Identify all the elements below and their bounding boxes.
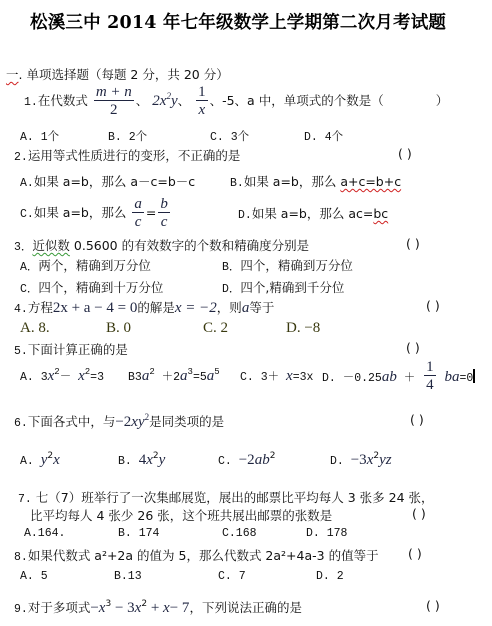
q6-option-c[interactable]: C. −2ab2 <box>218 452 275 469</box>
q4-option-c[interactable]: C. 2 <box>203 320 228 337</box>
q1-stem-tail: 、-5、a 中，单项式的个数是（ <box>210 93 384 108</box>
question-8: 8.如果代数式 a²+2a 的值为 5，那么代数式 2a²+4a-3 的值等于 <box>14 546 379 564</box>
q8-option-a[interactable]: A. 5 <box>20 570 48 583</box>
q7-option-c[interactable]: C.168 <box>222 527 257 540</box>
q2-option-b[interactable]: B.如果 a=b，那么 a+c=b+c <box>230 172 401 190</box>
q6-option-a[interactable]: A. y2x <box>20 452 60 469</box>
q3-option-d[interactable]: D．四个,精确到千分位 <box>222 278 344 296</box>
question-9: 9.对于多项式−x3 − 3x2 + x− 7，下列说法正确的是 <box>14 598 302 617</box>
q8-option-d[interactable]: D. 2 <box>316 570 344 583</box>
q6-option-b[interactable]: B. 4x2y <box>118 452 165 469</box>
q1-option-a[interactable]: A. 1个 <box>20 128 59 144</box>
text-cursor <box>473 369 475 383</box>
question-7-line1: 7. 七（7）班举行了一次集邮展览，展出的邮票比平均每人 3 张多 24 张， <box>18 488 434 506</box>
question-4: 4.方程2x + a − 4 = 0的解是x = −2，则a等于 <box>14 298 274 317</box>
q7-option-a[interactable]: A.164. <box>24 527 65 540</box>
q7-option-b[interactable]: B. 174 <box>118 527 159 540</box>
q7-option-d[interactable]: D. 178 <box>306 527 347 540</box>
q5-option-c[interactable]: C. 3＋ x=3x <box>240 368 313 385</box>
q5-option-b[interactable]: B3a2 ＋2a3=5a5 <box>128 368 220 385</box>
q9-answer-paren[interactable]: ( ) <box>426 598 440 613</box>
q6-option-d[interactable]: D. −3x2yz <box>330 452 392 469</box>
q3-option-b[interactable]: B．四个，精确到万分位 <box>222 256 353 274</box>
q1-option-d[interactable]: D. 4个 <box>304 128 343 144</box>
q5-option-d[interactable]: D. －0.25ab ＋ 14 ba=0 <box>322 360 475 393</box>
question-3: 3．近似数 0.5600 的有效数字的个数和精确度分别是 <box>14 236 309 254</box>
q1-expr-2x2y: 2x2y <box>152 93 177 109</box>
question-2: 2.运用等式性质进行的变形，不正确的是 <box>14 146 240 164</box>
q1-option-c[interactable]: C. 3个 <box>210 128 249 144</box>
section-heading: 一. 单项选择题（每题 2 分，共 20 分） <box>6 65 229 83</box>
q2-stem: 运用等式性质进行的变形，不正确的是 <box>28 148 241 163</box>
q4-option-a[interactable]: A. 8. <box>20 320 50 337</box>
q3-option-c[interactable]: C．四个，精确到十万分位 <box>20 278 163 296</box>
q1-answer-paren[interactable]: ） <box>436 93 449 108</box>
q8-option-b[interactable]: B.13 <box>114 570 142 583</box>
exam-title: 松溪三中 2014 年七年级数学上学期第二次月考试题 <box>30 9 446 34</box>
q1-fraction-1-over-x: 1x <box>196 85 208 118</box>
q1-fraction-m-plus-n: m + n2 <box>94 85 134 118</box>
question-1: 1.在代数式 m + n2、 2x2y、 1x、-5、a 中，单项式的个数是（） <box>24 85 448 118</box>
q2-answer-paren[interactable]: ( ) <box>398 146 412 161</box>
q4-solution: x = −2 <box>175 300 217 316</box>
q2-option-a[interactable]: A.如果 a=b，那么 a－c=b－c <box>20 172 195 190</box>
question-7-line2: 比平均每人 4 张少 26 张，这个班共展出邮票的张数是 <box>30 506 332 524</box>
q2-option-d[interactable]: D.如果 a=b，那么 ac=bc <box>238 204 388 222</box>
q1-stem: 在代数式 <box>38 93 88 108</box>
q8-answer-paren[interactable]: ( ) <box>408 546 422 561</box>
q7-answer-paren[interactable]: ( ) <box>412 506 426 521</box>
q8-option-c[interactable]: C. 7 <box>218 570 246 583</box>
q3-option-a[interactable]: A．两个，精确到万分位 <box>20 256 151 274</box>
q4-option-d[interactable]: D. −8 <box>286 320 320 337</box>
question-5: 5.下面计算正确的是 <box>14 340 128 358</box>
q6-answer-paren[interactable]: ( ) <box>410 412 424 427</box>
question-6: 6.下面各式中，与−2xy2是同类项的是 <box>14 412 224 431</box>
section-label: . 单项选择题（每题 2 分，共 20 分） <box>19 67 229 82</box>
q1-option-b[interactable]: B. 2个 <box>108 128 147 144</box>
q2-option-c[interactable]: C.如果 a=b，那么 ac=bc <box>20 197 172 230</box>
q4-equation: 2x + a − 4 = 0 <box>53 300 138 316</box>
q5-answer-paren[interactable]: ( ) <box>406 340 420 355</box>
section-number: 一 <box>6 67 19 82</box>
q2-number: 2. <box>14 151 28 164</box>
q5-option-a[interactable]: A. 3x2－ x2=3 <box>20 368 104 385</box>
q1-number: 1. <box>24 96 38 109</box>
q4-answer-paren[interactable]: ( ) <box>426 298 440 313</box>
q3-answer-paren[interactable]: ( ) <box>406 236 420 251</box>
q4-option-b[interactable]: B. 0 <box>106 320 131 337</box>
